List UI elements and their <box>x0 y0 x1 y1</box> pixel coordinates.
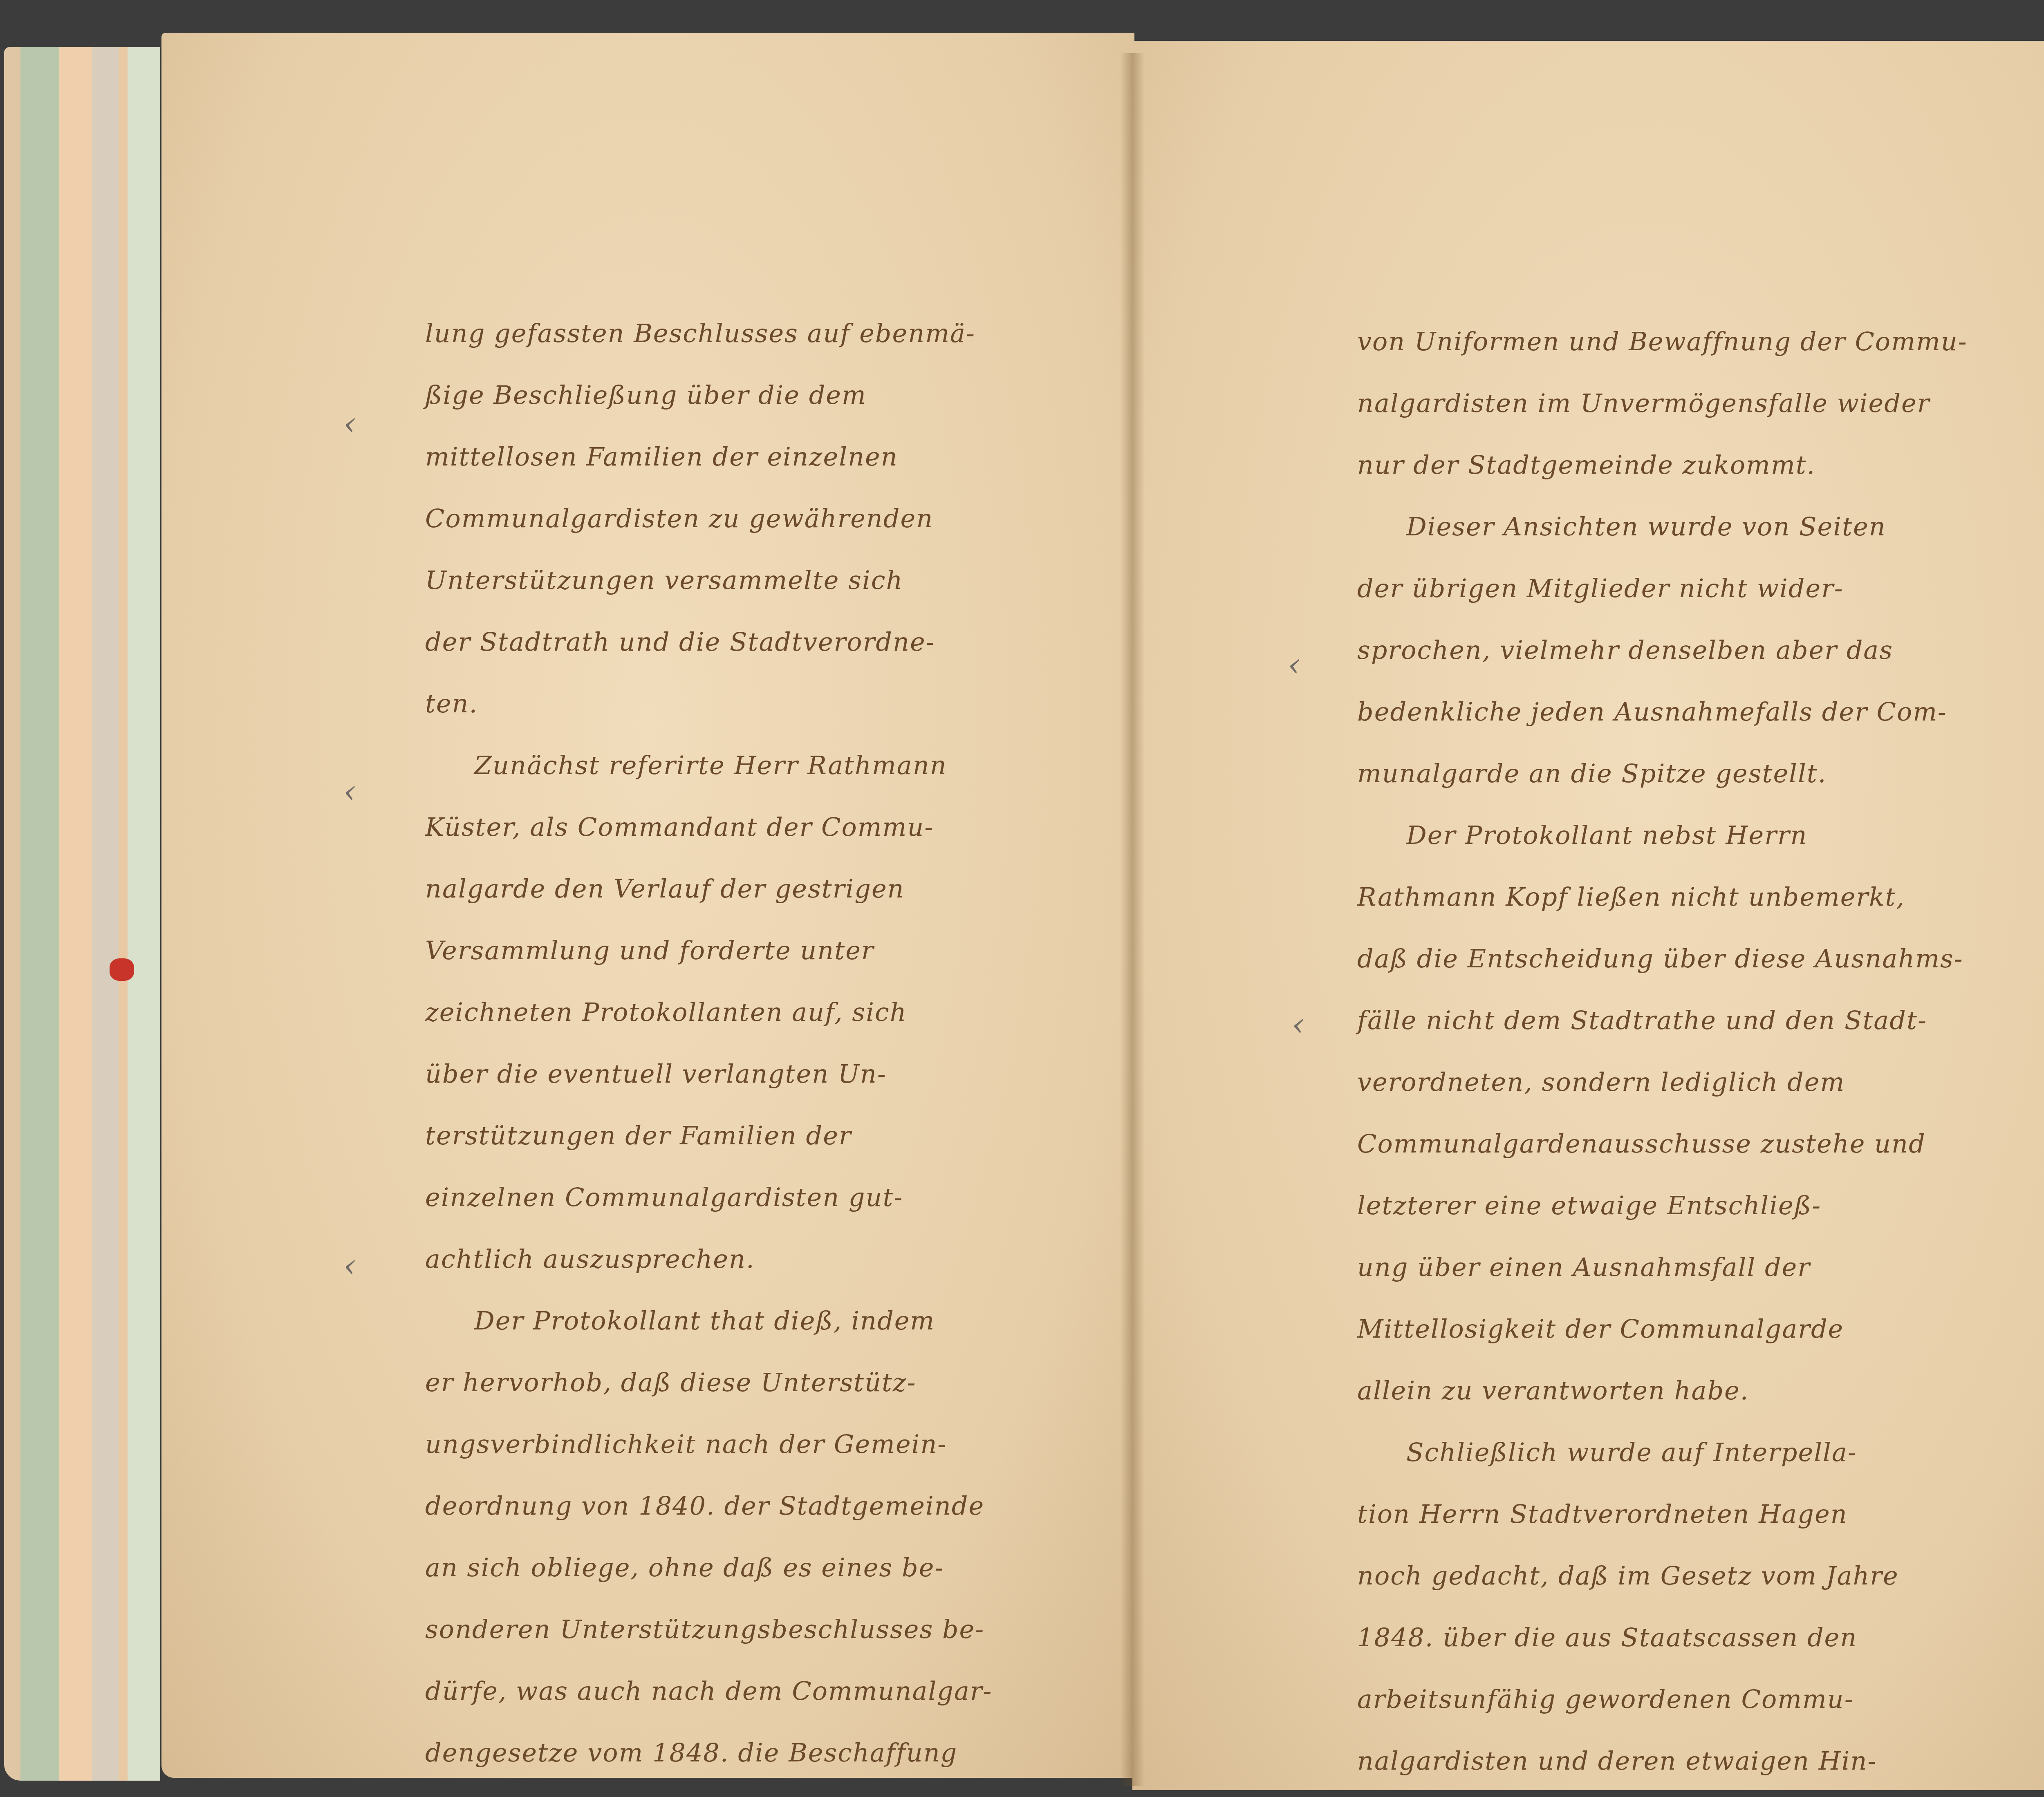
text-line: nalgarde den Verlauf der gestrigen <box>425 858 1120 920</box>
text-line: mittellosen Familien der einzelnen <box>425 426 1120 488</box>
text-line: nalgardisten im Unvermögensfalle wieder <box>1357 372 2044 434</box>
page-stack-green-sheet <box>20 47 59 1781</box>
text-line: munalgarde an die Spitze gestellt. <box>1357 743 2044 804</box>
text-line: dürfe, was auch nach dem Communalgar- <box>425 1660 1120 1722</box>
red-wax-mark <box>110 958 134 981</box>
text-line: sprochen, vielmehr denselben aber das <box>1357 619 2044 681</box>
text-line: Der Protokollant that dieß, indem <box>425 1290 1120 1352</box>
text-line: bedenkliche jeden Ausnahmefalls der Com- <box>1357 681 2044 743</box>
text-line: Versammlung und forderte unter <box>425 920 1120 981</box>
text-line: Mittellosigkeit der Communalgarde <box>1357 1298 2044 1360</box>
pencil-margin-mark: ‹ <box>343 405 356 443</box>
text-line: der übrigen Mitglieder nicht wider- <box>1357 557 2044 619</box>
page-stack-edge <box>92 47 119 1781</box>
pencil-margin-mark: ‹ <box>1288 646 1301 684</box>
text-line: sonderen Unterstützungsbeschlusses be- <box>425 1598 1120 1660</box>
text-line: nur der Stadtgemeinde zukommt. <box>1357 434 2044 496</box>
text-line: Der Protokollant nebst Herrn <box>1357 804 2044 866</box>
text-line: der Stadtrath und die Stadtverordne- <box>425 611 1120 673</box>
text-line: Zunächst referirte Herr Rathmann <box>425 734 1120 796</box>
text-line: einzelnen Communalgardisten gut- <box>425 1166 1120 1228</box>
text-line: deordnung von 1840. der Stadtgemeinde <box>425 1475 1120 1537</box>
text-line: letzterer eine etwaige Entschließ- <box>1357 1175 2044 1236</box>
pencil-margin-mark: ‹ <box>1292 1005 1305 1043</box>
text-line: lung gefassten Beschlusses auf ebenmä- <box>425 302 1120 364</box>
open-book: 33 ‹ ‹ ‹ ‹ ‹ lung gefassten Beschlusses … <box>0 0 2044 1797</box>
text-line: daß die Entscheidung über diese Ausnahms… <box>1357 928 2044 989</box>
text-line: noch gedacht, daß im Gesetz vom Jahre <box>1357 1545 2044 1607</box>
text-line: ßige Beschließung über die dem <box>425 364 1120 426</box>
text-line: zeichneten Protokollanten auf, sich <box>425 981 1120 1043</box>
text-line: Unterstützungen versammelte sich <box>425 549 1120 611</box>
pencil-margin-mark: ‹ <box>343 772 356 810</box>
text-line: ungsverbindlichkeit nach der Gemein- <box>425 1413 1120 1475</box>
text-line: ung über einen Ausnahmsfall der <box>1357 1236 2044 1298</box>
text-line: er hervorhob, daß diese Unterstütz- <box>425 1352 1120 1413</box>
page-stack-green-sheet <box>128 47 160 1781</box>
text-line: verordneten, sondern lediglich dem <box>1357 1051 2044 1113</box>
text-line: terstützungen der Familien der <box>425 1105 1120 1166</box>
text-line: ten. <box>425 673 1120 734</box>
text-line: Communalgardenausschusse zustehe und <box>1357 1113 2044 1175</box>
book-gutter <box>1120 53 1145 1786</box>
text-line: Küster, als Commandant der Commu- <box>425 796 1120 858</box>
text-line: Schließlich wurde auf Interpella- <box>1357 1421 2044 1483</box>
text-line: dengesetze vom 1848. die Beschaffung <box>425 1722 1120 1784</box>
text-line: allein zu verantworten habe. <box>1357 1360 2044 1421</box>
text-line: an sich obliege, ohne daß es eines be- <box>425 1537 1120 1598</box>
text-line: Dieser Ansichten wurde von Seiten <box>1357 496 2044 557</box>
text-line: Rathmann Kopf ließen nicht unbemerkt, <box>1357 866 2044 928</box>
left-page-text: lung gefassten Beschlusses auf ebenmä- ß… <box>425 302 1120 1784</box>
text-line: über die eventuell verlangten Un- <box>425 1043 1120 1105</box>
text-line: 1848. über die aus Staatscassen den <box>1357 1607 2044 1668</box>
text-line: achtlich auszusprechen. <box>425 1228 1120 1290</box>
text-line: von Uniformen und Bewaffnung der Commu- <box>1357 311 2044 372</box>
right-page-text: von Uniformen und Bewaffnung der Commu- … <box>1357 311 2044 1792</box>
pencil-margin-mark: ‹ <box>343 1246 356 1285</box>
text-line: tion Herrn Stadtverordneten Hagen <box>1357 1483 2044 1545</box>
text-line: fälle nicht dem Stadtrathe und den Stadt… <box>1357 989 2044 1051</box>
page-stack-edge <box>59 47 92 1781</box>
text-line: arbeitsunfähig gewordenen Commu- <box>1357 1668 2044 1730</box>
text-line: Communalgardisten zu gewährenden <box>425 488 1120 549</box>
text-line: nalgardisten und deren etwaigen Hin- <box>1357 1730 2044 1792</box>
